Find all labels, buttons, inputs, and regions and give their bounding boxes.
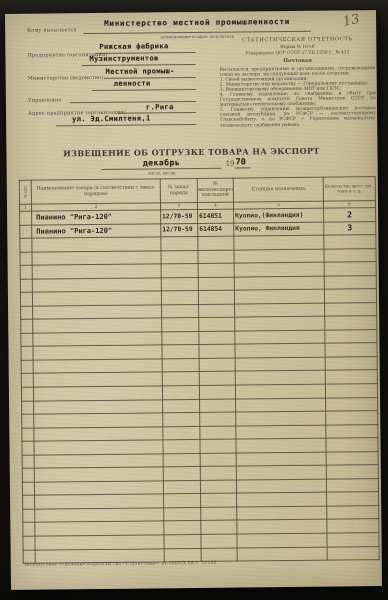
empty-cell (33, 372, 162, 387)
empty-cell (164, 534, 201, 548)
empty-cell (200, 453, 236, 467)
empty-cell (22, 482, 34, 496)
empty-cell (324, 248, 376, 262)
empty-cell (199, 344, 235, 358)
empty-cell (22, 441, 34, 455)
empty-cell (34, 399, 163, 414)
column-header: Количество мест, шт., тонн и т. д. (323, 177, 375, 202)
stat-title: СТАТИСТИЧЕСКАЯ ОТЧЕТНОСТЬ (219, 36, 375, 44)
printer-imprint: Белорусское отделение издательства «Стат… (25, 561, 217, 568)
empty-cell (236, 465, 326, 479)
empty-cell (200, 466, 236, 480)
empty-cell (200, 439, 236, 453)
empty-cell (163, 467, 200, 481)
empty-cell (326, 478, 378, 492)
empty-cell (22, 414, 34, 428)
empty-cell (161, 277, 198, 291)
empty-cell (327, 519, 379, 533)
empty-cell (201, 548, 237, 562)
empty-cell (33, 359, 162, 374)
cell: 12/70-59 (161, 223, 198, 237)
empty-cell (327, 533, 379, 547)
cell (20, 225, 32, 239)
address-value-2: ул. Эд.Смилтеня,1 (72, 114, 151, 123)
document-page: 13 Кому высылается Министерство местной … (5, 10, 382, 590)
empty-cell (32, 250, 161, 265)
empty-cell (20, 292, 32, 306)
empty-cell (201, 507, 237, 521)
empty-cell (326, 451, 378, 465)
stat-postal: Почтовая (219, 57, 375, 65)
empty-cell (201, 493, 237, 507)
empty-cell (21, 319, 33, 333)
empty-cell (21, 333, 33, 347)
empty-cell (201, 521, 237, 535)
column-header: Станция назначения (233, 177, 323, 202)
empty-cell (236, 479, 326, 493)
empty-cell (163, 453, 200, 467)
empty-cell (23, 550, 35, 564)
empty-cell (23, 509, 35, 523)
empty-cell (34, 413, 163, 428)
empty-cell (236, 425, 326, 439)
ministry-value-2: ленности (114, 79, 151, 87)
empty-cell (161, 236, 198, 250)
empty-cell (236, 452, 326, 466)
column-header: Наименование товара (в соответствии с за… (31, 179, 160, 204)
empty-cell (325, 384, 377, 398)
cell: 614851 (198, 209, 234, 223)
empty-cell (235, 330, 325, 344)
stat-instructions: Высылается предприятиями и организациями… (220, 66, 377, 129)
empty-cell (20, 265, 32, 279)
empty-cell (164, 548, 201, 562)
empty-cell (33, 345, 162, 360)
empty-cell (325, 329, 377, 343)
enterprise-underline-2 (82, 64, 196, 66)
empty-cell (326, 424, 378, 438)
cell: 614854 (198, 223, 234, 237)
empty-cell (163, 426, 200, 440)
empty-cell (234, 289, 324, 303)
address-value-1: г.Рига (146, 103, 174, 111)
empty-cell (22, 401, 34, 415)
empty-cell (199, 304, 235, 318)
empty-cell (198, 290, 234, 304)
empty-cell (200, 426, 236, 440)
empty-cell (325, 302, 377, 316)
enterprise-value-2: Музинструментов (89, 54, 158, 63)
ministry-value-1: Местной промыш- (106, 67, 175, 76)
empty-cell (201, 534, 237, 548)
empty-cell (200, 399, 236, 413)
empty-cell (198, 250, 234, 264)
column-header: № железнодорожной накладной (197, 178, 233, 202)
empty-cell (21, 306, 33, 320)
empty-cell (199, 372, 235, 386)
empty-cell (327, 506, 379, 520)
stat-reporting-block: СТАТИСТИЧЕСКАЯ ОТЧЕТНОСТЬ Форма № 10-сб … (219, 36, 376, 128)
cell (20, 211, 32, 225)
empty-cell (236, 411, 326, 425)
empty-cell (325, 370, 377, 384)
empty-cell (234, 262, 324, 276)
empty-cell (163, 413, 200, 427)
empty-cell (200, 412, 236, 426)
empty-cell (324, 275, 376, 289)
empty-cell (199, 317, 235, 331)
empty-cell (324, 235, 376, 249)
empty-cell (326, 438, 378, 452)
empty-cell (236, 398, 326, 412)
empty-cell (23, 496, 35, 510)
empty-cell (23, 523, 35, 537)
empty-cell (235, 384, 325, 398)
empty-cell (325, 316, 377, 330)
empty-cell (236, 438, 326, 452)
enterprise-value-1: Рижская фабрика (99, 42, 168, 51)
empty-cell (23, 536, 35, 550)
empty-cell (20, 279, 32, 293)
cell: 2 (324, 208, 376, 222)
empty-cell (161, 291, 198, 305)
empty-cell (162, 372, 199, 386)
handwritten-page-number: 13 (342, 12, 361, 30)
empty-cell (32, 291, 161, 306)
cell: Пианино "Рига-120" (32, 223, 161, 238)
department-underline (70, 101, 196, 103)
empty-cell (33, 318, 162, 333)
empty-cell (234, 276, 324, 290)
to-value: Министерство местной промышленности (83, 17, 311, 28)
empty-cell (35, 494, 164, 509)
empty-cell (237, 533, 327, 547)
empty-cell (35, 535, 164, 550)
empty-cell (34, 440, 163, 455)
shipment-table-wrap: № п/пНаименование товара (в соответствии… (19, 176, 379, 564)
empty-cell (35, 521, 164, 536)
empty-cell (34, 467, 163, 482)
empty-cell (234, 249, 324, 263)
empty-cell (22, 428, 34, 442)
empty-cell (163, 480, 200, 494)
empty-cell (200, 480, 236, 494)
empty-cell (21, 360, 33, 374)
empty-cell (20, 252, 32, 266)
year-value: 70 (236, 157, 246, 167)
empty-cell (198, 263, 234, 277)
year-underline (235, 167, 251, 168)
address-underline-2 (56, 124, 196, 126)
empty-cell (22, 455, 34, 469)
empty-cell (326, 465, 378, 479)
empty-cell (21, 387, 33, 401)
cell: 3 (324, 221, 376, 235)
empty-cell (235, 371, 325, 385)
empty-cell (199, 331, 235, 345)
stat-approval: Утверждена ЦСУ СССР 27.VII.1959 г., № 43… (219, 50, 375, 57)
empty-cell (162, 385, 199, 399)
empty-cell (32, 237, 161, 252)
date-value: декабрь (127, 158, 197, 168)
empty-cell (324, 289, 376, 303)
column-header: № заказ-наряда (160, 178, 197, 202)
empty-cell (162, 331, 199, 345)
empty-cell (199, 358, 235, 372)
empty-cell (33, 386, 162, 401)
export-table: № п/пНаименование товара (в соответствии… (19, 176, 380, 564)
year-prefix: 19 (226, 160, 235, 168)
empty-cell (161, 250, 198, 264)
empty-cell (235, 303, 325, 317)
empty-cell (34, 481, 163, 496)
empty-cell (34, 454, 163, 469)
empty-cell (22, 468, 34, 482)
empty-cell (198, 236, 234, 250)
empty-cell (33, 332, 162, 347)
empty-cell (162, 358, 199, 372)
empty-cell (237, 506, 327, 520)
empty-cell (235, 316, 325, 330)
empty-cell (324, 262, 376, 276)
empty-cell (32, 264, 161, 279)
cell: Куопио, Финляндия (234, 222, 324, 236)
empty-cell (35, 508, 164, 523)
empty-cell (164, 494, 201, 508)
table-body: Пианино "Рига-120"12/70-59614851Куопио,(… (20, 208, 380, 564)
empty-cell (163, 399, 200, 413)
empty-cell (21, 374, 33, 388)
cell: Пианино "Рига-120" (32, 210, 161, 225)
stat-item-5: 5. Главному управлению межреспубликански… (220, 106, 376, 128)
empty-cell (237, 547, 327, 561)
empty-cell (237, 493, 327, 507)
empty-cell (162, 345, 199, 359)
empty-cell (33, 305, 162, 320)
empty-cell (327, 546, 379, 560)
empty-cell (164, 507, 201, 521)
empty-cell (162, 318, 199, 332)
scan-stage: 13 Кому высылается Министерство местной … (0, 0, 388, 600)
empty-cell (327, 492, 379, 506)
empty-cell (20, 238, 32, 252)
address-underline-1 (118, 112, 196, 114)
cell: 12/70-59 (161, 209, 198, 223)
empty-cell (235, 357, 325, 371)
empty-cell (325, 343, 377, 357)
table-head: № п/пНаименование товара (в соответствии… (19, 177, 375, 212)
empty-cell (21, 347, 33, 361)
cell: Куопио,(Финляндия) (234, 208, 324, 222)
ministry-label: Министерство (ведомство) (28, 75, 104, 82)
empty-cell (326, 397, 378, 411)
empty-cell (237, 520, 327, 534)
empty-cell (162, 304, 199, 318)
date-caption: число, месяц (132, 170, 192, 176)
ministry-underline-2 (92, 89, 196, 91)
empty-cell (198, 277, 234, 291)
empty-cell (235, 344, 325, 358)
column-header: № п/п (19, 180, 31, 204)
document-title: ИЗВЕЩЕНИЕ ОБ ОТГРУЗКЕ ТОВАРА НА ЭКСПОРТ (36, 145, 346, 158)
to-label: Кому высылается (27, 27, 77, 34)
empty-cell (34, 426, 163, 441)
empty-cell (164, 521, 201, 535)
empty-cell (32, 277, 161, 292)
empty-cell (161, 264, 198, 278)
empty-cell (199, 385, 235, 399)
empty-cell (163, 440, 200, 454)
stat-form-number: Форма № 10-сб (219, 44, 375, 51)
department-label: Управление (28, 97, 62, 103)
empty-cell (234, 235, 324, 249)
empty-cell (326, 411, 378, 425)
empty-cell (325, 357, 377, 371)
